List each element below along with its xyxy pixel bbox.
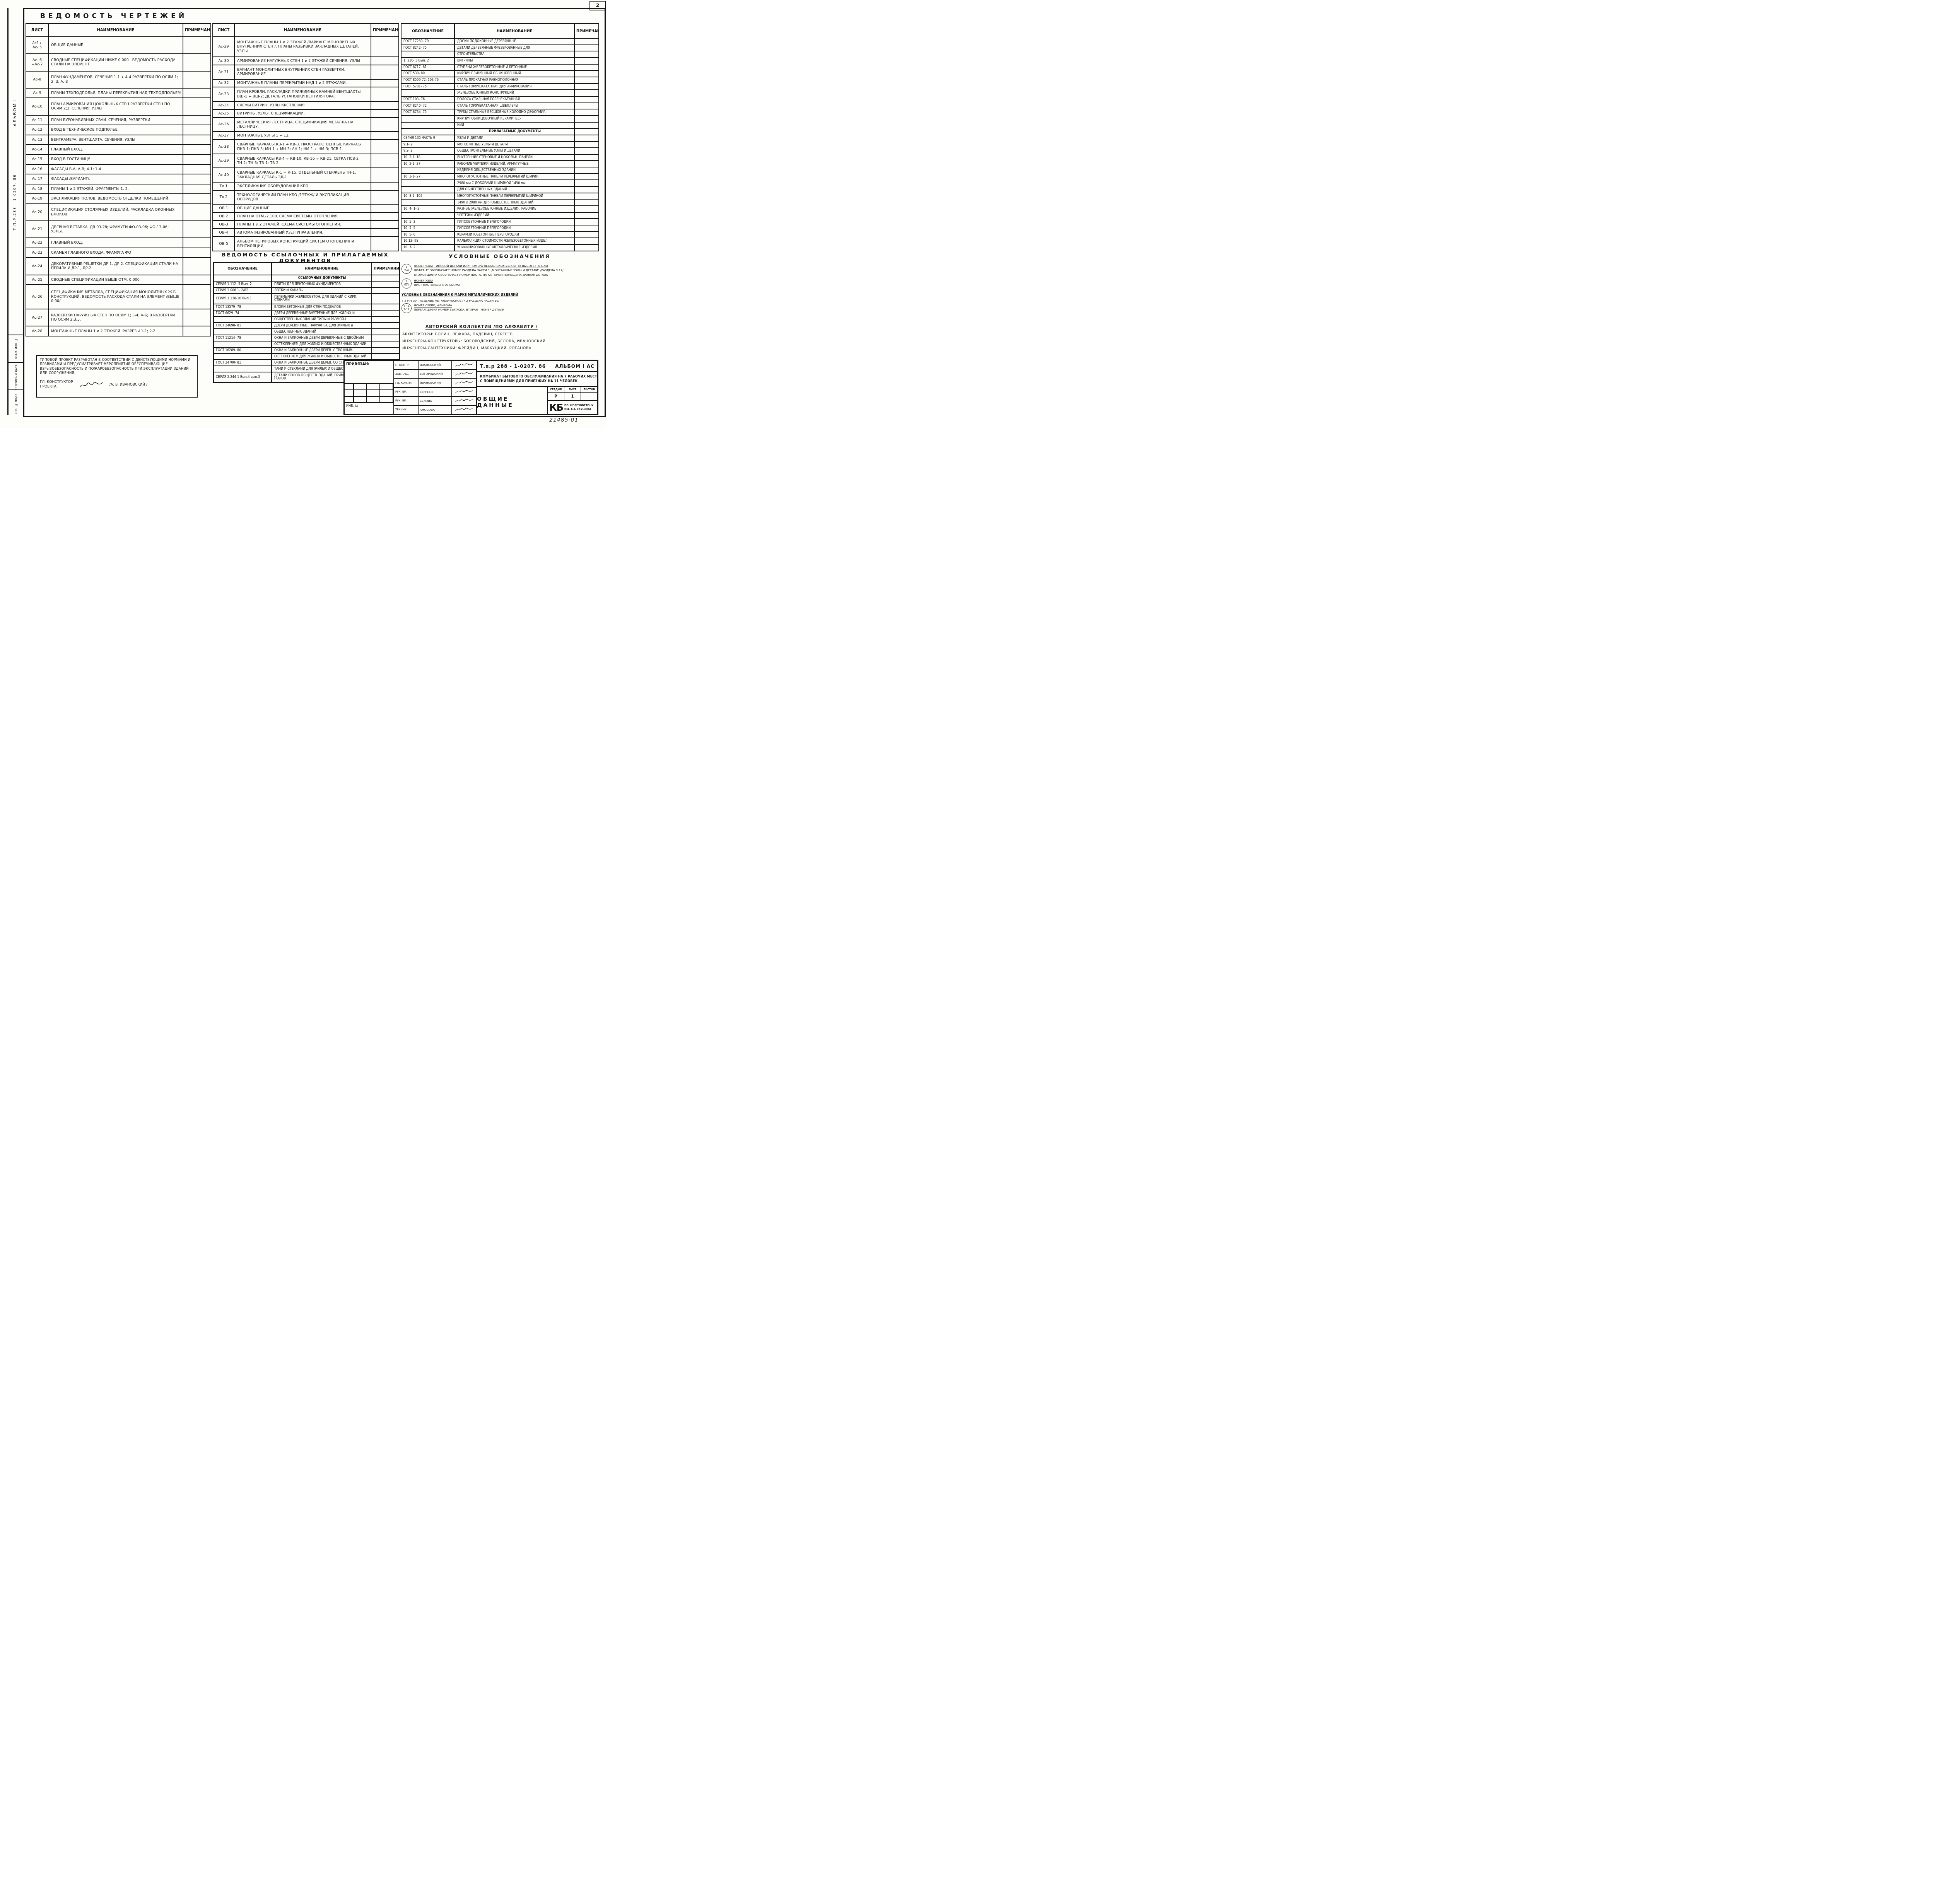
sheet-cell: Ас- 6 ÷Ас-7 bbox=[26, 54, 48, 71]
table-row: Ас-33 ПЛАН КРОВЛИ, РАСКЛАДКИ ПРИЖИМНЫХ К… bbox=[213, 87, 399, 101]
note-cell bbox=[371, 87, 399, 101]
designation-cell bbox=[401, 116, 454, 122]
note-cell bbox=[183, 326, 211, 336]
note-cell bbox=[371, 237, 399, 251]
inventory-number-label: ИНВ. № bbox=[345, 403, 393, 414]
name-cell: ИЗДЕЛИЯ ОБЩЕСТВЕННЫХ ЗДАНИЙ bbox=[454, 167, 574, 174]
name-cell: ДЕКОРАТИВНЫЕ РЕШЕТКИ ДР-1, ДР-2. СПЕЦИФИ… bbox=[48, 258, 183, 275]
name-cell: ОБЩИЕ ДАННЫЕ bbox=[48, 37, 183, 54]
table-row: ГОСТ 6629- 74 ДВЕРИ ДЕРЕВЯННЫЕ ВНУТРЕННИ… bbox=[214, 310, 400, 316]
project-title-line: С ПОМЕЩЕНИЯМИ ДЛЯ ПРИЕЗЖИХ НА 11 ЧЕЛОВЕК bbox=[480, 379, 597, 384]
designation-cell: 10. 7- 2 bbox=[401, 244, 454, 251]
sheet-cell: ОВ-3 bbox=[213, 220, 234, 229]
name-cell: ПЛАН ФУНДАМЕНТОВ. СЕЧЕНИЯ 1-1 ÷ 4-4 РАЗВ… bbox=[48, 71, 183, 88]
name-cell: ПРИЛАГАЕМЫЕ ДОКУМЕНТЫ bbox=[454, 128, 574, 135]
note-cell bbox=[574, 193, 599, 200]
name-cell: КИРПИЧ ОБЛИЦОВОЧНЫЙ КЕРАМИЧЕС- bbox=[454, 116, 574, 122]
name-cell: МОНТАЖНЫЕ УЗЛЫ 1 ÷ 13. bbox=[234, 131, 371, 140]
table-row: Ас-17 ФАСАДЫ /ВАРИАНТ/. bbox=[26, 174, 211, 184]
table-row: ССЫЛОЧНЫЕ ДОКУМЕНТЫ bbox=[214, 275, 400, 281]
note-cell bbox=[371, 212, 399, 220]
table-row: ПРИЛАГАЕМЫЕ ДОКУМЕНТЫ bbox=[401, 128, 599, 135]
column-header: ПРИМЕЧАНИЕ bbox=[372, 263, 400, 275]
note-cell bbox=[574, 154, 599, 161]
designation-cell: 10. 2-1- 37 bbox=[401, 161, 454, 167]
name-cell: ДВЕРИ ДЕРЕВЯННЫЕ ВНУТРЕННИЕ ДЛЯ ЖИЛЫХ И bbox=[272, 310, 372, 316]
note-cell bbox=[183, 221, 211, 238]
table-row: Тх 1 ЭКСПЛИКАЦИЯ ОБОРУДОВАНИЯ КБО. bbox=[213, 182, 399, 190]
page-title: ВЕДОМОСТЬ ЧЕРТЕЖЕЙ bbox=[40, 12, 187, 20]
designation-cell: ГОСТ 103- 76 bbox=[401, 96, 454, 103]
column-header: НАИМЕНОВАНИЕ bbox=[272, 263, 372, 275]
table-row: КИРПИЧ ОБЛИЦОВОЧНЫЙ КЕРАМИЧЕС- bbox=[401, 116, 599, 122]
stage-header: СТАДИЯ bbox=[548, 387, 564, 392]
table-row: Ас-25 СВОДНЫЕ СПЕЦИФИКАЦИИ ВЫШЕ ОТМ. 0.0… bbox=[26, 275, 211, 285]
name-cell: ОСТЕКЛЕНИЕМ ДЛЯ ЖИЛЫХ И ОБЩЕСТВЕННЫХ ЗДА… bbox=[272, 353, 372, 360]
column-header: ОБОЗНАЧЕНИЕ bbox=[214, 263, 272, 275]
note-cell bbox=[183, 238, 211, 248]
table-row: Ас-18 ПЛАНЫ 1 и 2 ЭТАЖЕЙ. ФРАГМЕНТЫ 1, 2… bbox=[26, 184, 211, 194]
note-box: ТИПОВОЙ ПРОЕКТ РАЗРАБОТАН В СООТВЕТСТВИИ… bbox=[36, 355, 198, 398]
name-cell: СВОДНЫЕ СПЕЦИФИКАЦИИ ВЫШЕ ОТМ. 0.000 bbox=[48, 275, 183, 285]
table-row: 10. 3-1- 27 МНОГОПУСТОТНЫЕ ПАНЕЛИ ПЕРЕКР… bbox=[401, 174, 599, 180]
name-cell: ФАСАДЫ В-А; А-В; 4-1; 1-4. bbox=[48, 164, 183, 174]
name-cell: ЛОТКИ И КАНАЛЫ bbox=[272, 287, 372, 294]
table-row: ГОСТ 8242- 75 ДЕТАЛИ ДЕРЕВЯННЫЕ ФРЕЗЕРОВ… bbox=[401, 45, 599, 51]
name-cell: ГЛАВНЫЙ ВХОД. bbox=[48, 145, 183, 154]
table-row: Ас-8 ПЛАН ФУНДАМЕНТОВ. СЕЧЕНИЯ 1-1 ÷ 4-4… bbox=[26, 71, 211, 88]
note-cell bbox=[371, 220, 399, 229]
designation-cell: ГОСТ 8242- 75 bbox=[401, 45, 454, 51]
note-cell bbox=[574, 58, 599, 64]
sheet-cell: Ас-38 bbox=[213, 140, 234, 154]
gost-table: ОБОЗНАЧЕНИЕ НАИМЕНОВАНИЕ ПРИМЕЧАНИЕ ГОСТ… bbox=[401, 23, 598, 251]
designation-cell bbox=[401, 51, 454, 58]
table-row: Ас1÷ Ас- 5 ОБЩИЕ ДАННЫЕ bbox=[26, 37, 211, 54]
table-row: 10. 5- 3 ГИПСОБЕТОННЫЕ ПЕРЕГОРОДКИ bbox=[401, 219, 599, 225]
note-cell bbox=[371, 168, 399, 182]
note-cell bbox=[372, 353, 400, 360]
sheet-cell: ОВ 1 bbox=[213, 204, 234, 212]
note-cell bbox=[183, 174, 211, 184]
name-cell: КЕРАМЗИТОБЕТОННЫЕ ПЕРЕГОРОДКИ bbox=[454, 232, 574, 238]
name-cell: МОНТАЖНЫЕ ПЛАНЫ 1 и 2 ЭТАЖЕЙ. РАЗРЕЗЫ 1-… bbox=[48, 326, 183, 336]
table-row: Ас-14 ГЛАВНЫЙ ВХОД. bbox=[26, 145, 211, 154]
note-cell bbox=[574, 244, 599, 251]
column-header: ПРИМЕЧАНИЕ bbox=[371, 24, 399, 37]
table-row: ГОСТ 17280- 79 ДОСКИ ПОДОКОННЫЕ ДЕРЕВЯНН… bbox=[401, 38, 599, 45]
titleblock-staff-row: РУК. БР. БЕЛОВА bbox=[394, 397, 476, 406]
name-cell: ДВЕРИ ДЕРЕВЯННЫЕ, НАРУЖНЫЕ ДЛЯ ЖИЛЫХ и bbox=[272, 323, 372, 329]
sheet-cell: Ас-36 bbox=[213, 118, 234, 132]
note-cell bbox=[574, 64, 599, 71]
designation-cell: 10.13- 98 bbox=[401, 238, 454, 244]
name-cell: ВИТРИНЫ bbox=[454, 58, 574, 64]
note-cell bbox=[574, 186, 599, 193]
organization-logo: КБ bbox=[549, 402, 563, 413]
note-cell bbox=[372, 294, 400, 304]
designation-cell bbox=[401, 128, 454, 135]
designation-cell: СЕРИЯ 3.006.1- 2/82 bbox=[214, 287, 272, 294]
note-cell bbox=[183, 37, 211, 54]
note-cell bbox=[183, 194, 211, 203]
table-row: Ас-22 ГЛАВНЫЙ ВХОД. bbox=[26, 238, 211, 248]
designation-cell: СЕРИЯ 135 ЧАСТЬ 9 bbox=[401, 135, 454, 142]
name-cell: ОБЩЕСТРОИТЕЛЬНЫЕ УЗЛЫ И ДЕТАЛИ bbox=[454, 148, 574, 154]
staff-role: Н. КОНТР bbox=[394, 361, 419, 369]
note-cell bbox=[183, 71, 211, 88]
sheets-header: ЛИСТОВ bbox=[581, 387, 597, 392]
note-cell bbox=[574, 77, 599, 84]
archive-number: 21485-01 bbox=[549, 417, 578, 423]
name-cell: РАБОЧИЕ ЧЕРТЕЖИ ИЗДЕЛИЙ. АРМАТУРНЫЕ bbox=[454, 161, 574, 167]
sheet-cell: Ас-9 bbox=[26, 88, 48, 98]
staff-name: ИВАНОВСКИЙ bbox=[419, 379, 452, 387]
staff-signature bbox=[452, 371, 476, 377]
name-cell: ПЛАН БУРОНАБИВНЫХ СВАЙ. СЕЧЕНИЯ, РАЗВЕРТ… bbox=[48, 115, 183, 125]
note-cell bbox=[371, 154, 399, 168]
table-row: ГОСТ 103- 76 ПОЛОСА СТАЛЬНАЯ ГОРЯЧЕКАТАН… bbox=[401, 96, 599, 103]
organization-line: ИМ. А.А.ЯКУШЕВА bbox=[564, 408, 591, 411]
note-cell bbox=[183, 115, 211, 125]
name-cell: АЛЬБОМ НЕТИПОВЫХ КОНСТРУКЦИЙ СИСТЕМ ОТОП… bbox=[234, 237, 371, 251]
designation-cell: 10. 4- 1- 2 bbox=[401, 206, 454, 212]
sheet-cell: Ас-11 bbox=[26, 115, 48, 125]
sheet-cell: Ас-15 bbox=[26, 154, 48, 164]
table-row: 10. 2-1- 18 ВНУТРЕННИЕ СТЕНОВЫЕ И ЦОКОЛЬ… bbox=[401, 154, 599, 161]
signature-icon bbox=[454, 380, 474, 386]
table-row: Ас-19 ЭКСПЛИКАЦИЯ ПОЛОВ. ВЕДОМОСТЬ ОТДЕЛ… bbox=[26, 194, 211, 203]
titleblock-staff-row: ТЕХНИК АМОСОВА bbox=[394, 406, 476, 414]
note-cell bbox=[574, 238, 599, 244]
name-cell: ПЛИТЫ ДЛЯ ЛЕНТОЧНЫХ ФУНДАМЕНТОВ bbox=[272, 281, 372, 287]
note-cell bbox=[574, 103, 599, 109]
staff-name: ИВАНОВСКИЙ bbox=[419, 361, 452, 369]
table-row: 10. 5- 5 ГИПСОБЕТОННЫЕ ПЕРЕГОРОДКИ bbox=[401, 225, 599, 232]
name-cell: ТЕХНОЛОГИЧЕСКИЙ ПЛАН КБО /1ЭТАЖ/ И ЭКСПЛ… bbox=[234, 190, 371, 205]
table-row: 1490 и 2980 мм ДЛЯ ОБЩЕСТВЕННЫХ ЗДАНИЙ bbox=[401, 199, 599, 206]
sheet-cell: Ас-23 bbox=[26, 248, 48, 258]
legend-item-text: 7-2 НМ-30 - ИЗДЕЛИЕ МЕТАЛЛИЧЕСКОЕ /7-2 Р… bbox=[401, 299, 600, 302]
page-number-box: 2 bbox=[589, 1, 606, 10]
legend-item: 12-4 НОМЕР УЗЛА ТИПОВОЙ ДЕТАЛИ ИЛИ НОМЕР… bbox=[401, 264, 600, 277]
table-row: ГОСТ 11214- 78 ОКНА И БАЛКОННЫЕ ДВЕРИ ДЕ… bbox=[214, 335, 400, 341]
table-row: Ас-32 МОНТАЖНЫЕ ПЛАНЫ ПЕРЕКРЫТИЙ НАД 1 и… bbox=[213, 79, 399, 87]
table-row: Ас-39 СВАРНЫЕ КАРКАСЫ КВ-4 ÷ КВ-10; КВ-1… bbox=[213, 154, 399, 168]
designation-cell bbox=[401, 180, 454, 186]
staff-role: РУК. БР. bbox=[394, 397, 419, 405]
table-row: Ас-28 МОНТАЖНЫЕ ПЛАНЫ 1 и 2 ЭТАЖЕЙ. РАЗР… bbox=[26, 326, 211, 336]
table-row: Ас-31 ВАРИАНТ МОНОЛИТНЫХ ВНУТРЕННИХ СТЕН… bbox=[213, 65, 399, 79]
column-header: НАИМЕНОВАНИЕ bbox=[454, 24, 574, 38]
name-cell: СВАРНЫЕ КАРКАСЫ К-1 ÷ К-15. ОТДЕЛЬНЫЙ СТ… bbox=[234, 168, 371, 182]
name-cell: ОБЩЕСТВЕННЫХ ЗДАНИЙ bbox=[272, 329, 372, 335]
titleblock-staff-row: Н. КОНТР ИВАНОВСКИЙ bbox=[394, 361, 476, 370]
chief-signature-icon bbox=[79, 380, 106, 390]
table-row: ГОСТ 13579- 78 БЛОКИ БЕТОННЫЕ ДЛЯ СТЕН П… bbox=[214, 304, 400, 310]
note-cell bbox=[371, 118, 399, 132]
series-album-symbol-icon: 2.143-12 bbox=[401, 303, 412, 313]
table-row: Ас-37 МОНТАЖНЫЕ УЗЛЫ 1 ÷ 13. bbox=[213, 131, 399, 140]
sheet-cell: Ас-24 bbox=[26, 258, 48, 275]
note-cell bbox=[372, 335, 400, 341]
designation-cell: 10. 2-1- 18 bbox=[401, 154, 454, 161]
sheet-cell: Ас-8 bbox=[26, 71, 48, 88]
note-cell bbox=[574, 232, 599, 238]
table-row: ОВ-5 АЛЬБОМ НЕТИПОВЫХ КОНСТРУКЦИЙ СИСТЕМ… bbox=[213, 237, 399, 251]
designation-cell: ГОСТ 8240- 72 bbox=[401, 103, 454, 109]
legend-item-text: НОМЕР УЗЛА ТИПОВОЙ ДЕТАЛИ ИЛИ НОМЕРА НЕС… bbox=[414, 264, 564, 277]
table-row: 1. 236- 3 Вып. 2 ВИТРИНЫ bbox=[401, 58, 599, 64]
note-cell bbox=[574, 135, 599, 142]
sheet-cell: Тх 1 bbox=[213, 182, 234, 190]
table-row: 10. 4- 1- 2 РАЗНЫЕ ЖЕЛЕЗОБЕТОННЫЕ ИЗДЕЛИ… bbox=[401, 206, 599, 212]
sheet-cell: Ас-13 bbox=[26, 135, 48, 145]
table-row: ОСТЕКЛЕНИЕМ ДЛЯ ЖИЛЫХ И ОБЩЕСТВЕННЫХ ЗДА… bbox=[214, 341, 400, 347]
table-row: Ас- 6 ÷Ас-7 СВОДНЫЕ СПЕЦИФИКАЦИИ НИЖЕ 0.… bbox=[26, 54, 211, 71]
designation-cell: ГОСТ 6629- 74 bbox=[214, 310, 272, 316]
table-row: ГОСТ 5781- 75 СТАЛЬ ГОРЯЧЕКАТАННАЯ ДЛЯ А… bbox=[401, 84, 599, 90]
authors-title: АВТОРСКИЙ КОЛЛЕКТИВ /ПО АЛФАВИТУ / bbox=[425, 324, 538, 330]
staff-name: СЕРГЕЕВ bbox=[419, 388, 452, 396]
staff-role: ГЛ. КОН.ПР. bbox=[394, 379, 419, 387]
drawing-sheet: АЛЬБОМ I Т.П.Р.288 - 1-0207. 86 ВЗАМ. ИН… bbox=[0, 0, 607, 428]
note-cell bbox=[183, 285, 211, 309]
staff-signature bbox=[452, 398, 476, 403]
designation-cell: ГОСТ 17280- 79 bbox=[401, 38, 454, 45]
note-cell bbox=[574, 142, 599, 148]
sheet-cell: Ас-28 bbox=[26, 326, 48, 336]
table-row: ГОСТ 8717- 81 СТУПЕНИ ЖЕЛЕЗОБЕТОННЫЕ И Б… bbox=[401, 64, 599, 71]
note-cell bbox=[183, 164, 211, 174]
sheet-value: 1 bbox=[564, 393, 581, 400]
sheet-cell: Ас-29 bbox=[213, 37, 234, 57]
staff-signature bbox=[452, 407, 476, 412]
signature-icon bbox=[454, 362, 474, 368]
table-row: Ас-16 ФАСАДЫ В-А; А-В; 4-1; 1-4. bbox=[26, 164, 211, 174]
table-row: СЕРИЯ 3.006.1- 2/82 ЛОТКИ И КАНАЛЫ bbox=[214, 287, 400, 294]
stamp-cell: ПОДПИСЬ И ДАТА bbox=[9, 363, 24, 390]
name-cell: ПЛАНЫ 1 и 2 ЭТАЖЕЙ. СХЕМА СИСТЕМЫ ОТОПЛЕ… bbox=[234, 220, 371, 229]
table-row: ГОСТ 8240- 72 СТАЛЬ ГОРЯЧЕКАТАННАЯ ШВЕЛЛ… bbox=[401, 103, 599, 109]
name-cell: АРМИРОВАНИЕ НАРУЖНЫХ СТЕН 1 и 2 ЭТАЖЕЙ С… bbox=[234, 57, 371, 65]
name-cell: ЭКСПЛИКАЦИЯ ПОЛОВ. ВЕДОМОСТЬ ОТДЕЛКИ ПОМ… bbox=[48, 194, 183, 203]
titleblock-staff: Н. КОНТР ИВАНОВСКИЙ ЗАВ. ОТД. БОГОРОДСКИ… bbox=[394, 361, 477, 414]
designation-cell: ГОСТ 8509-72; 103-76 bbox=[401, 77, 454, 84]
sheet-cell: Ас-22 bbox=[26, 238, 48, 248]
name-cell: ГИПСОБЕТОННЫЕ ПЕРЕГОРОДКИ bbox=[454, 219, 574, 225]
legend-item: 2.143-12 НОМЕР СЕРИИ, АЛЬБОМА ПЕРВАЯ ЦИФ… bbox=[401, 303, 600, 313]
table-row: Ас-15 ВХОД В ГОСТИНИЦУ. bbox=[26, 154, 211, 164]
designation-cell: ГОСТ 24698- 81 bbox=[214, 323, 272, 329]
sheet-cell: Ас-17 bbox=[26, 174, 48, 184]
sheet-cell: Тх 2 bbox=[213, 190, 234, 205]
table-row: ГОСТ 530- 80 КИРПИЧ ГЛИНЯННЫЙ ОБЫКНОВЕНН… bbox=[401, 70, 599, 77]
table-row: СЕРИЯ 1.138-10 Вып.1 ПЕРЕМЫЧКИ ЖЕЛЕЗОБЕТ… bbox=[214, 294, 400, 304]
authors-line: ИНЖЕНЕРЫ-КОНСТРУКТОРЫ: БОГОРОДСКИЙ, БЕЛО… bbox=[402, 339, 596, 343]
name-cell: МОНТАЖНЫЕ ПЛАНЫ ПЕРЕКРЫТИЙ НАД 1 и 2 ЭТА… bbox=[234, 79, 371, 87]
sheet-cell: Ас-39 bbox=[213, 154, 234, 168]
name-cell: РАЗНЫЕ ЖЕЛЕЗОБЕТОННЫЕ ИЗДЕЛИЯ. РАБОЧИЕ bbox=[454, 206, 574, 212]
designation-cell: 10. 5- 6 bbox=[401, 232, 454, 238]
note-cell bbox=[574, 148, 599, 154]
column-header: НАИМЕНОВАНИЕ bbox=[234, 24, 371, 37]
sidebar-code-label: Т.П.Р.288 - 1-0207. 86 bbox=[13, 174, 17, 230]
name-cell: РАЗВЕРТКИ НАРУЖНЫХ СТЕН ПО ОСЯМ 1; 3-4; … bbox=[48, 309, 183, 326]
signature-icon bbox=[454, 407, 474, 412]
table-row: ЧЕРТЕЖИ ИЗДЕЛИЙ bbox=[401, 212, 599, 219]
staff-signature bbox=[452, 389, 476, 394]
name-cell: СВОДНЫЕ СПЕЦИФИКАЦИИ НИЖЕ 0.000 . ВЕДОМО… bbox=[48, 54, 183, 71]
table-row: 10. 2-1- 37 РАБОЧИЕ ЧЕРТЕЖИ ИЗДЕЛИЙ. АРМ… bbox=[401, 161, 599, 167]
staff-role: РУК. БР. bbox=[394, 388, 419, 396]
designation-cell: ГОСТ 16289- 80 bbox=[214, 347, 272, 353]
name-cell: ПЛАНЫ 1 и 2 ЭТАЖЕЙ. ФРАГМЕНТЫ 1, 2. bbox=[48, 184, 183, 194]
sheet-cell: ОВ-5 bbox=[213, 237, 234, 251]
name-cell: ОСТЕКЛЕНИЕМ ДЛЯ ЖИЛЫХ И ОБЩЕСТВЕННЫХ ЗДА… bbox=[272, 341, 372, 347]
name-cell: СТАЛЬ ГОРЯЧЕКАТАННАЯ ШВЕЛЛЕРЫ bbox=[454, 103, 574, 109]
sheet-header: ЛИСТ bbox=[564, 387, 581, 392]
table-row: ГОСТ 8509-72; 103-76 СТАЛЬ ПРОКАТНАЯ РАВ… bbox=[401, 77, 599, 84]
note-text: ТИПОВОЙ ПРОЕКТ РАЗРАБОТАН В СООТВЕТСТВИИ… bbox=[40, 358, 194, 376]
note-cell bbox=[574, 84, 599, 90]
signature-icon bbox=[454, 398, 474, 403]
sheet-cell: Ас-25 bbox=[26, 275, 48, 285]
note-cell bbox=[574, 199, 599, 206]
note-cell bbox=[371, 101, 399, 109]
authors-section: АВТОРСКИЙ КОЛЛЕКТИВ /ПО АЛФАВИТУ / АРХИТ… bbox=[402, 322, 596, 350]
table-row: 2980 мм С ДОБОРАМИ ШИРИНОЙ 1490 мм bbox=[401, 180, 599, 186]
name-cell: УНИФИЦИРОВАННЫЕ МЕТАЛЛИЧЕСКИЕ ИЗДЕЛИЯ bbox=[454, 244, 574, 251]
table-row: Ас-38 СВАРНЫЕ КАРКАСЫ КВ-1 ÷ КВ-3. ПРОСТ… bbox=[213, 140, 399, 154]
table-row: Ас-20 СПЕЦИФИКАЦИЯ СТОЛЯРНЫХ ИЗДЕЛИЙ. РА… bbox=[26, 204, 211, 221]
name-cell: МНОГОПУСТОТНЫЕ ПАНЕЛИ ПЕРЕКРЫТИЙ ШИРИНОЙ bbox=[454, 193, 574, 200]
table-row: Ас-29 МОНТАЖНЫЕ ПЛАНЫ 1 и 2 ЭТАЖЕЙ /ВАРИ… bbox=[213, 37, 399, 57]
designation-cell: 9.1- 2 bbox=[401, 142, 454, 148]
designation-cell: ГОСТ 13579- 78 bbox=[214, 304, 272, 310]
designation-cell: 10. 5- 3 bbox=[401, 219, 454, 225]
note-cell bbox=[372, 316, 400, 323]
note-cell bbox=[371, 57, 399, 65]
note-cell bbox=[183, 248, 211, 258]
table-row: Ас-26 СПЕЦИФИКАЦИЯ МЕТАЛЛА, СПЕЦИФИКАЦИЯ… bbox=[26, 285, 211, 309]
note-cell bbox=[183, 258, 211, 275]
table-row: ЖЕЛЕЗОБЕТОННЫХ КОНСТРУКЦИЙ bbox=[401, 90, 599, 96]
designation-cell bbox=[214, 316, 272, 323]
name-cell: СПЕЦИФИКАЦИЯ СТОЛЯРНЫХ ИЗДЕЛИЙ. РАСКЛАДК… bbox=[48, 204, 183, 221]
sheet-cell: Ас-31 bbox=[213, 65, 234, 79]
note-cell bbox=[183, 275, 211, 285]
note-cell bbox=[183, 154, 211, 164]
name-cell: ДОСКИ ПОДОКОННЫЕ ДЕРЕВЯННЫЕ bbox=[454, 38, 574, 45]
note-cell bbox=[574, 90, 599, 96]
sheet-cell: Ас-35 bbox=[213, 109, 234, 118]
note-cell bbox=[372, 329, 400, 335]
name-cell: ОБЩИЕ ДАННЫЕ bbox=[234, 204, 371, 212]
staff-signature bbox=[452, 380, 476, 386]
name-cell: ЭКСПЛИКАЦИЯ ОБОРУДОВАНИЯ КБО. bbox=[234, 182, 371, 190]
organization-line: ПО ЖЕЛЕЗОБЕТОНУ bbox=[564, 404, 593, 407]
sheet-sidebar: АЛЬБОМ I Т.П.Р.288 - 1-0207. 86 ВЗАМ. ИН… bbox=[7, 8, 24, 415]
column-header: ПРИМЕЧАНИЕ bbox=[183, 24, 211, 37]
designation-cell: ГОСТ 8734- 75 bbox=[401, 109, 454, 116]
name-cell: СТУПЕНИ ЖЕЛЕЗОБЕТОННЫЕ И БЕТОННЫЕ bbox=[454, 64, 574, 71]
legend-subtitle: УСЛОВНЫЕ ОБОЗНАЧЕНИЯ К МАРКЕ МЕТАЛЛИЧЕСК… bbox=[401, 293, 518, 297]
designation-cell: ГОСТ 24700- 81 bbox=[214, 360, 272, 366]
sheet-cell: Ас-21 bbox=[26, 221, 48, 238]
name-cell: ЧЕРТЕЖИ ИЗДЕЛИЙ bbox=[454, 212, 574, 219]
name-cell: СХЕМЫ ВИТРИН. УЗЛЫ КРЕПЛЕНИЯ bbox=[234, 101, 371, 109]
name-cell: ДЕТАЛИ ДЕРЕВЯННЫЕ ФРЕЗЕРОВАННЫЕ ДЛЯ bbox=[454, 45, 574, 51]
note-cell bbox=[574, 161, 599, 167]
designation-cell bbox=[401, 212, 454, 219]
designation-cell bbox=[401, 122, 454, 129]
name-cell: ТРУБЫ СТАЛЬНЫЕ БЕСШОВНЫЕ ХОЛОДНО-ДЕФОРМИ… bbox=[454, 109, 574, 116]
note-cell bbox=[574, 38, 599, 45]
designation-cell: 10. 3-1- 27 bbox=[401, 174, 454, 180]
note-cell bbox=[574, 219, 599, 225]
name-cell: ОКНА И БАЛКОННЫЕ ДВЕРИ ДЕРЕВЯННЫЕ С ДВОЙ… bbox=[272, 335, 372, 341]
name-cell: АВТОМАТИЗИРОВАННЫЙ УЗЕЛ УПРАВЛЕНИЯ, bbox=[234, 229, 371, 237]
name-cell: 2980 мм С ДОБОРАМИ ШИРИНОЙ 1490 мм bbox=[454, 180, 574, 186]
stamp-cell: ВЗАМ. ИНВ. № bbox=[9, 335, 24, 363]
name-cell: МЕТАЛЛИЧЕСКАЯ ЛЕСТНИЦА, СПЕЦИФИКАЦИЯ МЕТ… bbox=[234, 118, 371, 132]
name-cell: ВНУТРЕННИЕ СТЕНОВЫЕ И ЦОКОЛЬН. ПАНЕЛИ bbox=[454, 154, 574, 161]
table-row: СЕРИЯ 135 ЧАСТЬ 9 УЗЛЫ И ДЕТАЛИ bbox=[401, 135, 599, 142]
name-cell: БЛОКИ БЕТОННЫЕ ДЛЯ СТЕН ПОДВАЛОВ bbox=[272, 304, 372, 310]
note-cell bbox=[183, 135, 211, 145]
table-row: Ас-9 ПЛАНЫ ТЕХПОДПОЛЬЯ, ПЛАНЫ ПЕРЕКРЫТИЯ… bbox=[26, 88, 211, 98]
table-row: Ас-23 СКАМЬЯ ГЛАВНОГО ВХОДА, ФРАМУГА ФО bbox=[26, 248, 211, 258]
note-cell bbox=[371, 229, 399, 237]
name-cell: УЗЛЫ И ДЕТАЛИ bbox=[454, 135, 574, 142]
note-cell bbox=[372, 287, 400, 294]
designation-cell: СЕРИЯ 2.244-1 Вып.4 вып.3 bbox=[214, 372, 272, 383]
note-cell bbox=[183, 54, 211, 71]
stage-value: Р bbox=[548, 393, 564, 400]
column-header: ПРИМЕЧАНИЕ bbox=[574, 24, 599, 38]
note-cell bbox=[574, 225, 599, 232]
legend-item: 1Ас1 НОМЕР УЗЛА ЛИСТ НАСТОЯЩЕГО АЛЬБОМА bbox=[401, 278, 600, 289]
note-cell bbox=[371, 109, 399, 118]
staff-role: ТЕХНИК bbox=[394, 406, 419, 414]
sheet-cell: Ас-10 bbox=[26, 98, 48, 115]
table-row: Ас-10 ПЛАН АРМИРОВАНИЯ ЦОКОЛЬНЫХ СТЕН РА… bbox=[26, 98, 211, 115]
table-row: Ас-11 ПЛАН БУРОНАБИВНЫХ СВАЙ. СЕЧЕНИЯ, Р… bbox=[26, 115, 211, 125]
table-row: Ас-36 МЕТАЛЛИЧЕСКАЯ ЛЕСТНИЦА, СПЕЦИФИКАЦ… bbox=[213, 118, 399, 132]
name-cell: ВХОД В ТЕХНИЧЕСКОЕ ПОДПОЛЬЕ. bbox=[48, 125, 183, 135]
note-cell bbox=[183, 204, 211, 221]
name-cell: ССЫЛОЧНЫЕ ДОКУМЕНТЫ bbox=[272, 275, 372, 281]
name-cell: СКАМЬЯ ГЛАВНОГО ВХОДА, ФРАМУГА ФО bbox=[48, 248, 183, 258]
sheet-cell: Ас-12 bbox=[26, 125, 48, 135]
titleblock-left: ПРИВЯЗАН: ИНВ. № bbox=[345, 361, 394, 414]
name-cell: СПЕЦИФИКАЦИЯ МЕТАЛЛА, СПЕЦИФИКАЦИЯ МОНОЛ… bbox=[48, 285, 183, 309]
column-header: ОБОЗНАЧЕНИЕ bbox=[401, 24, 454, 38]
table-row: ОВ 1 ОБЩИЕ ДАННЫЕ bbox=[213, 204, 399, 212]
note-cell bbox=[371, 79, 399, 87]
sheet-cell: Ас-14 bbox=[26, 145, 48, 154]
name-cell: ВИТРИНЫ, УЗЛЫ, СПЕЦИФИКАЦИИ. bbox=[234, 109, 371, 118]
sidebar-album-label: АЛЬБОМ I bbox=[12, 99, 17, 126]
name-cell: СВАРНЫЕ КАРКАСЫ КВ-1 ÷ КВ-3. ПРОСТРАНСТВ… bbox=[234, 140, 371, 154]
staff-signature bbox=[452, 362, 476, 368]
designation-cell: 10. 5- 5 bbox=[401, 225, 454, 232]
authors-line: ИНЖЕНЕРЫ-САНТЕХНИКИ: ФРЕЙДИН, МАРКУЦКИЙ,… bbox=[402, 346, 596, 350]
sheet-cell: Ас-37 bbox=[213, 131, 234, 140]
stamp-cell: ИНВ. № ПОДЛ. bbox=[9, 390, 24, 417]
note-cell bbox=[574, 51, 599, 58]
